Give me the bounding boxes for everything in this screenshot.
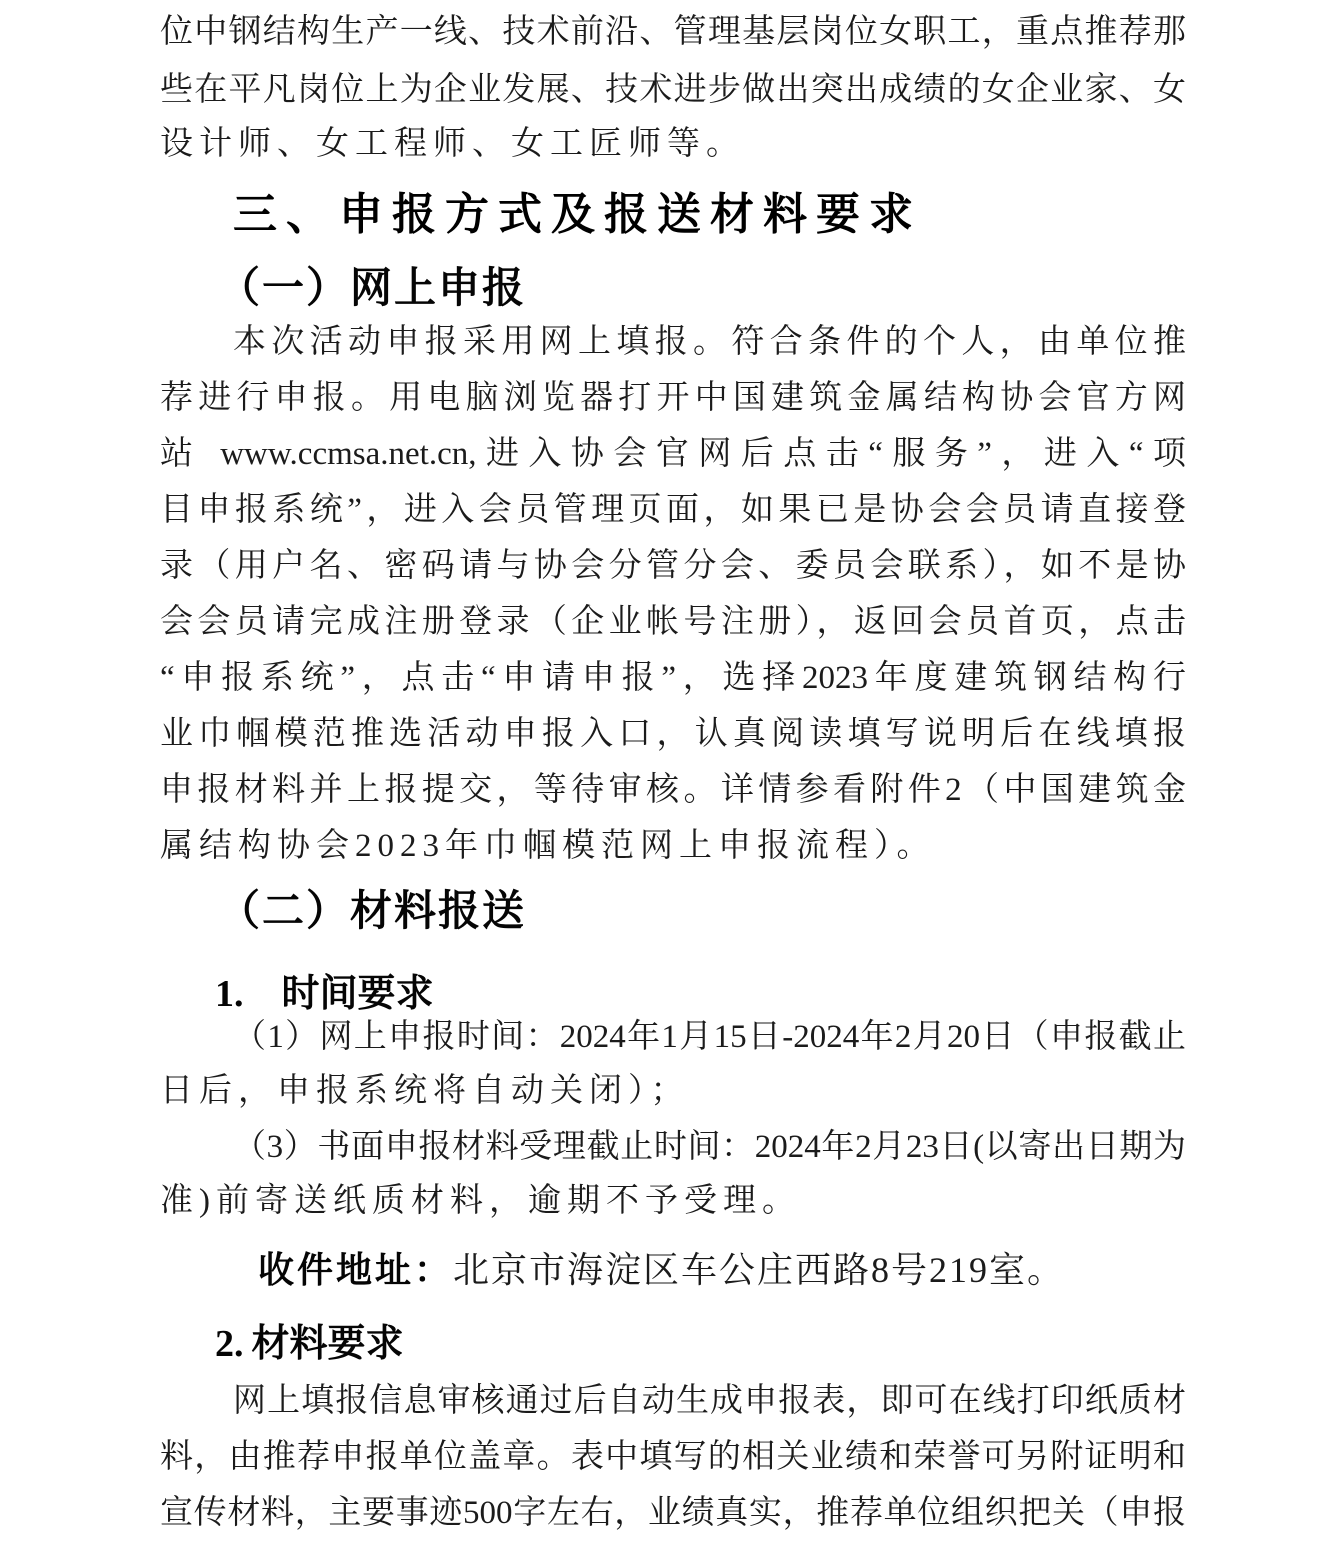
paragraph-line: 申报材料并上报提交，等待审核。详情参看附件2（中国建筑金 xyxy=(160,762,1186,818)
subsection-heading: （一）网上申报 xyxy=(218,261,526,317)
address-value: 北京市海淀区车公庄西路8号219室。 xyxy=(453,1250,1065,1290)
heading-number: 2. xyxy=(215,1323,244,1365)
paragraph-line: 日后，申报系统将自动关闭）； xyxy=(160,1063,1186,1119)
subsection-heading: （二）材料报送 xyxy=(218,884,526,940)
paragraph-line: 业巾帼模范推选活动申报入口，认真阅读填写说明后在线填报 xyxy=(160,706,1186,762)
paragraph-line: 本次活动申报采用网上填报。符合条件的个人，由单位推 xyxy=(160,314,1186,370)
paragraph-line: 位中钢结构生产一线、技术前沿、管理基层岗位女职工，重点推荐那 xyxy=(160,4,1186,60)
paragraph-line: 站 www.ccmsa.net.cn,进入协会官网后点击“服务”，进入“项 xyxy=(160,426,1186,482)
paragraph-line: “申报系统”，点击“申请申报”，选择2023年度建筑钢结构行 xyxy=(160,650,1186,706)
address-label: 收件地址： xyxy=(258,1250,453,1290)
paragraph-line: （1）网上申报时间：2024年1月15日-2024年2月20日（申报截止 xyxy=(160,1009,1186,1065)
numbered-heading: 2.材料要求 xyxy=(215,1316,404,1372)
paragraph-line: （3）书面申报材料受理截止时间：2024年2月23日(以寄出日期为 xyxy=(160,1119,1186,1175)
paragraph-line: 些在平凡岗位上为企业发展、技术进步做出突出成绩的女企业家、女 xyxy=(160,62,1186,118)
paragraph-line: 料，由推荐申报单位盖章。表中填写的相关业绩和荣誉可另附证明和 xyxy=(160,1429,1186,1485)
heading-label: 材料要求 xyxy=(252,1323,404,1365)
document-page: 位中钢结构生产一线、技术前沿、管理基层岗位女职工，重点推荐那 些在平凡岗位上为企… xyxy=(0,0,1322,1549)
paragraph-line: 会会员请完成注册登录（企业帐号注册），返回会员首页，点击 xyxy=(160,594,1186,650)
paragraph-line: 荐进行申报。用电脑浏览器打开中国建筑金属结构协会官方网 xyxy=(160,370,1186,426)
paragraph-line: 宣传材料，主要事迹500字左右，业绩真实，推荐单位组织把关（申报 xyxy=(160,1485,1186,1541)
paragraph-line: 准)前寄送纸质材料，逾期不予受理。 xyxy=(160,1173,1186,1229)
paragraph-line: 设计师、女工程师、女工匠师等。 xyxy=(160,116,1186,172)
section-heading: 三、申报方式及报送材料要求 xyxy=(233,187,922,243)
address-line: 收件地址：北京市海淀区车公庄西路8号219室。 xyxy=(258,1242,1065,1298)
paragraph-line: 录（用户名、密码请与协会分管分会、委员会联系），如不是协 xyxy=(160,538,1186,594)
paragraph-line: 属结构协会2023年巾帼模范网上申报流程）。 xyxy=(160,818,1186,874)
paragraph-line: 目申报系统”，进入会员管理页面，如果已是协会会员请直接登 xyxy=(160,482,1186,538)
paragraph-line: 网上填报信息审核通过后自动生成申报表，即可在线打印纸质材 xyxy=(160,1373,1186,1429)
